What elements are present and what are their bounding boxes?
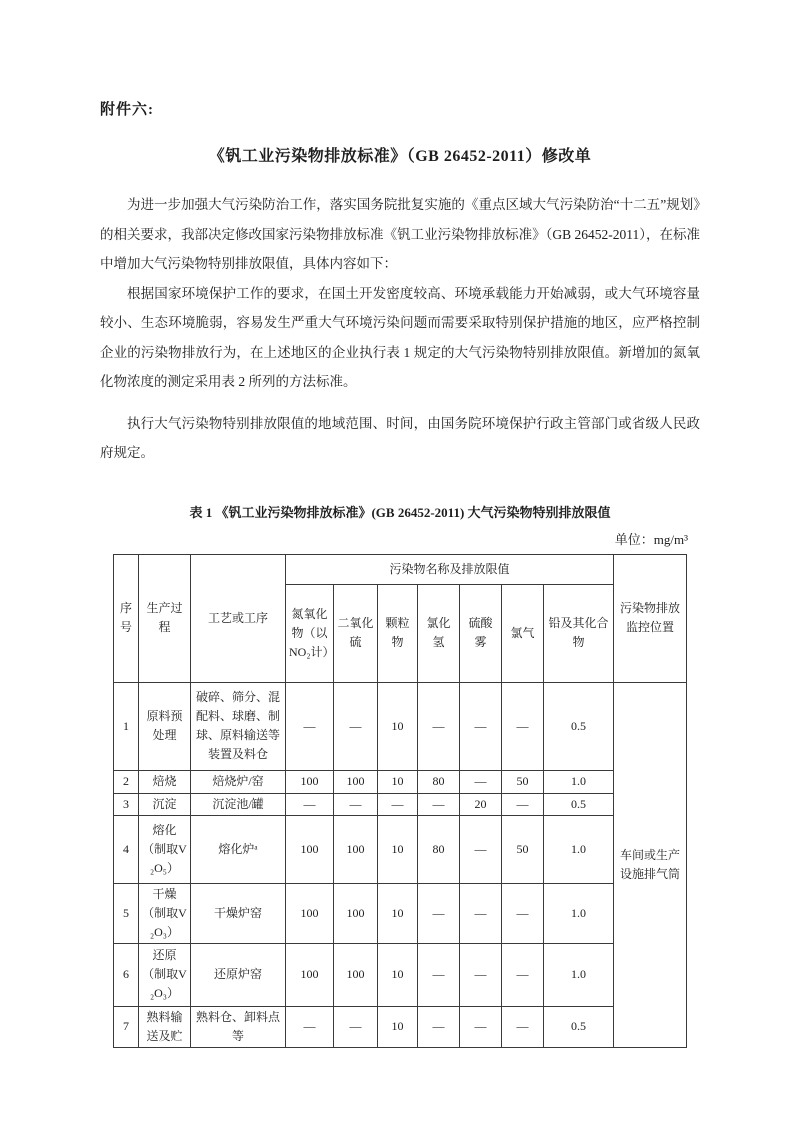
seq-cell: 3	[113, 793, 138, 815]
table-row: 4 熔化（制取V₂O₅） 熔化炉ᵃ 100 100 10 80 — 50 1.0	[113, 815, 686, 883]
monitor-position-cell: 车间或生产设施排气筒	[614, 682, 687, 1047]
value-cell: —	[501, 883, 543, 943]
value-cell: —	[459, 883, 501, 943]
process-cell: 沉淀	[138, 793, 190, 815]
process-cell: 焙烧	[138, 770, 190, 793]
step-cell: 破碎、筛分、混配料、球磨、制球、原料输送等装置及料仓	[190, 682, 285, 770]
value-cell: —	[417, 943, 459, 1006]
paragraph-3: 执行大气污染物特别排放限值的地域范围、时间，由国务院环境保护行政主管部门或省级人…	[100, 409, 700, 468]
table-row: 1 原料预处理 破碎、筛分、混配料、球磨、制球、原料输送等装置及料仓 — — 1…	[113, 682, 686, 770]
table-row: 3 沉淀 沉淀池/罐 — — — — 20 — 0.5	[113, 793, 686, 815]
emission-limits-table: 序号 生产过程 工艺或工序 污染物名称及排放限值 污染物排放监控位置 氮氧化物（…	[113, 554, 687, 1048]
value-cell: 80	[417, 815, 459, 883]
col-header-pollutant-group: 污染物名称及排放限值	[285, 554, 613, 584]
seq-cell: 1	[113, 682, 138, 770]
col-header-step: 工艺或工序	[190, 554, 285, 682]
table-row: 5 干燥（制取V₂O₃） 干燥炉窑 100 100 10 — — — 1.0	[113, 883, 686, 943]
value-cell: —	[501, 682, 543, 770]
paragraph-1: 为进一步加强大气污染防治工作，落实国务院批复实施的《重点区域大气污染防治“十二五…	[100, 190, 700, 279]
table-caption: 表 1 《钒工业污染物排放标准》(GB 26452-2011) 大气污染物特别排…	[100, 502, 700, 521]
document-page: 附件六: 《钒工业污染物排放标准》（GB 26452-2011）修改单 为进一步…	[0, 0, 800, 1131]
value-cell: 100	[333, 883, 377, 943]
col-header-lead: 铅及其化合物	[543, 584, 613, 682]
value-cell: 50	[501, 815, 543, 883]
value-cell: 1.0	[543, 943, 613, 1006]
value-cell: 10	[377, 883, 417, 943]
seq-cell: 2	[113, 770, 138, 793]
value-cell: 1.0	[543, 815, 613, 883]
step-cell: 熟料仓、卸料点等	[190, 1006, 285, 1047]
value-cell: 0.5	[543, 793, 613, 815]
process-cell: 原料预处理	[138, 682, 190, 770]
value-cell: 50	[501, 770, 543, 793]
col-header-nox: 氮氧化物（以NO₂计）	[285, 584, 333, 682]
table-header-row-1: 序号 生产过程 工艺或工序 污染物名称及排放限值 污染物排放监控位置	[113, 554, 686, 584]
value-cell: 100	[285, 883, 333, 943]
body-text: 为进一步加强大气污染防治工作，落实国务院批复实施的《重点区域大气污染防治“十二五…	[100, 190, 700, 468]
value-cell: —	[285, 682, 333, 770]
value-cell: 10	[377, 682, 417, 770]
value-cell: 80	[417, 770, 459, 793]
seq-cell: 6	[113, 943, 138, 1006]
value-cell: 100	[285, 815, 333, 883]
value-cell: —	[459, 770, 501, 793]
value-cell: 10	[377, 943, 417, 1006]
value-cell: —	[501, 943, 543, 1006]
table-row: 2 焙烧 焙烧炉/窑 100 100 10 80 — 50 1.0	[113, 770, 686, 793]
value-cell: 100	[285, 770, 333, 793]
value-cell: —	[459, 943, 501, 1006]
value-cell: —	[459, 815, 501, 883]
table-unit-label: 单位：mg/m³	[100, 529, 700, 548]
value-cell: 1.0	[543, 883, 613, 943]
col-header-hcl: 氯化氢	[417, 584, 459, 682]
value-cell: —	[459, 1006, 501, 1047]
step-cell: 沉淀池/罐	[190, 793, 285, 815]
value-cell: —	[459, 682, 501, 770]
seq-cell: 5	[113, 883, 138, 943]
value-cell: 100	[333, 943, 377, 1006]
step-cell: 熔化炉ᵃ	[190, 815, 285, 883]
value-cell: 0.5	[543, 682, 613, 770]
value-cell: —	[377, 793, 417, 815]
value-cell: 10	[377, 770, 417, 793]
paragraph-2: 根据国家环境保护工作的要求，在国土开发密度较高、环境承载能力开始减弱，或大气环境…	[100, 279, 700, 397]
value-cell: —	[501, 1006, 543, 1047]
process-cell: 干燥（制取V₂O₃）	[138, 883, 190, 943]
value-cell: —	[333, 682, 377, 770]
col-header-particulate: 颗粒物	[377, 584, 417, 682]
step-cell: 焙烧炉/窑	[190, 770, 285, 793]
value-cell: 100	[333, 770, 377, 793]
value-cell: —	[333, 793, 377, 815]
value-cell: —	[285, 793, 333, 815]
value-cell: 10	[377, 1006, 417, 1047]
process-cell: 熔化（制取V₂O₅）	[138, 815, 190, 883]
col-header-cl2: 氯气	[501, 584, 543, 682]
value-cell: 100	[333, 815, 377, 883]
col-header-process: 生产过程	[138, 554, 190, 682]
value-cell: —	[417, 1006, 459, 1047]
value-cell: —	[417, 883, 459, 943]
value-cell: —	[333, 1006, 377, 1047]
document-content: 附件六: 《钒工业污染物排放标准》（GB 26452-2011）修改单 为进一步…	[0, 0, 800, 1048]
value-cell: 10	[377, 815, 417, 883]
table-row: 6 还原（制取V₂O₃） 还原炉窑 100 100 10 — — — 1.0	[113, 943, 686, 1006]
value-cell: 20	[459, 793, 501, 815]
step-cell: 干燥炉窑	[190, 883, 285, 943]
seq-cell: 4	[113, 815, 138, 883]
value-cell: 0.5	[543, 1006, 613, 1047]
value-cell: —	[417, 682, 459, 770]
value-cell: 1.0	[543, 770, 613, 793]
document-title: 《钒工业污染物排放标准》（GB 26452-2011）修改单	[100, 143, 700, 166]
seq-cell: 7	[113, 1006, 138, 1047]
col-header-seq: 序号	[113, 554, 138, 682]
col-header-monitor: 污染物排放监控位置	[614, 554, 687, 682]
step-cell: 还原炉窑	[190, 943, 285, 1006]
process-cell: 熟料输送及贮	[138, 1006, 190, 1047]
attachment-label: 附件六:	[100, 98, 700, 119]
col-header-so2: 二氧化硫	[333, 584, 377, 682]
process-cell: 还原（制取V₂O₃）	[138, 943, 190, 1006]
table-row: 7 熟料输送及贮 熟料仓、卸料点等 — — 10 — — — 0.5	[113, 1006, 686, 1047]
col-header-acid-mist: 硫酸雾	[459, 584, 501, 682]
value-cell: —	[501, 793, 543, 815]
value-cell: —	[285, 1006, 333, 1047]
value-cell: —	[417, 793, 459, 815]
value-cell: 100	[285, 943, 333, 1006]
